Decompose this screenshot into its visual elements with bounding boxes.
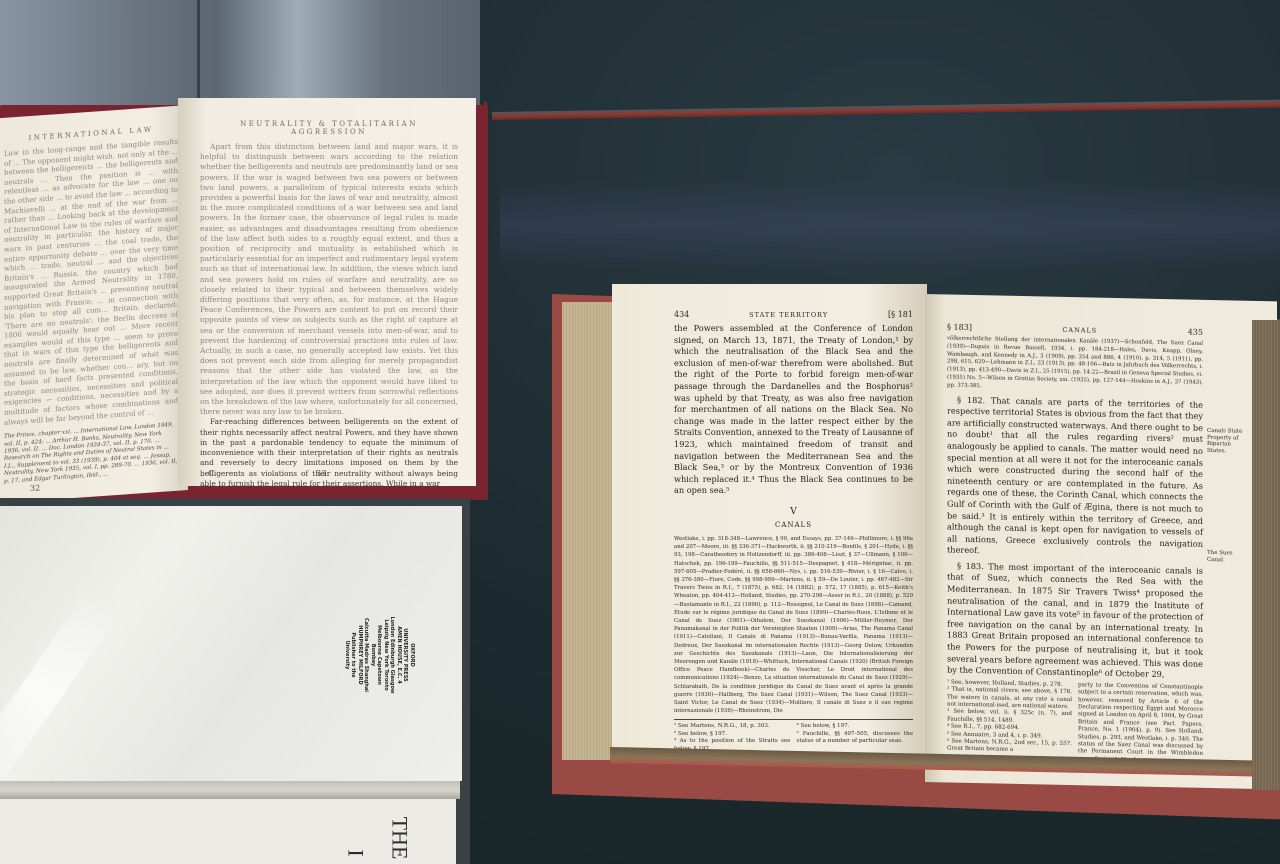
imprint-line: University [344, 615, 351, 695]
footnote: ² That is, national rivers; see above, §… [947, 687, 1072, 712]
page-edges [562, 302, 612, 760]
footnote: ⁶ See Martens, N.R.G., 2nd ser., 15, p. … [947, 739, 1072, 756]
footnote: ¹ See Martens, N.R.G., 18, p. 303. [674, 723, 791, 730]
margin-note: The Suez Canal. [1207, 550, 1247, 564]
imprint-line: Leipzig New York Toronto [383, 615, 390, 695]
imprint-line: OXFORD [409, 615, 416, 695]
footnote-rule [674, 719, 913, 720]
section-182: § 182. That canals are parts of the terr… [947, 394, 1203, 562]
book-gutter [0, 781, 460, 799]
page-434: 434 STATE TERRITORY [§ 181 the Powers as… [612, 284, 927, 759]
book-right: 434 STATE TERRITORY [§ 181 the Powers as… [552, 282, 1280, 802]
paragraph: Far-reaching differences between bellige… [200, 417, 458, 486]
footnote: ⁴ See below, § 197. [797, 723, 914, 730]
section-ref: [§ 181 [888, 310, 913, 319]
running-head: NEUTRALITY & TOTALITARIAN AGGRESSION [200, 120, 458, 136]
page-text: the Powers assembled at the Conference o… [674, 323, 913, 497]
book-top-left: INTERNATIONAL LAW Law in the long-range … [0, 95, 488, 500]
left-page: INTERNATIONAL LAW Law in the long-range … [0, 105, 188, 503]
margin-note: Canals State Property of Riparian States… [1207, 428, 1247, 455]
glass-seam [197, 0, 200, 110]
bibliography-continued: völkerrechtliche Stellung der internatio… [947, 335, 1203, 395]
page-header: 434 STATE TERRITORY [§ 181 [674, 310, 913, 319]
section-183: § 183. The most important of the interoc… [947, 560, 1203, 681]
glass-reflection [0, 0, 480, 110]
signature-mark: C [208, 469, 214, 478]
chapter-title: CANALS [674, 521, 913, 529]
imprint-line: UNIVERSITY PRESS [402, 615, 409, 695]
running-head: CANALS [1062, 326, 1097, 335]
footnotes: The Prince, chapter xxi. ... Internation… [4, 422, 178, 486]
title-fragment: I [343, 849, 369, 856]
glass-ghost-reflection [500, 180, 1280, 270]
publisher-imprint: OXFORD UNIVERSITY PRESS AMEN HOUSE, E.C.… [345, 615, 415, 695]
bibliography: Westlake, i. pp. 318-348—Lawrence, § 90,… [674, 535, 913, 715]
paragraph: Apart from this distinction between land… [200, 142, 458, 417]
section-ref: § 183] [947, 322, 972, 332]
footnote: party to the Convention of Constantinopl… [1078, 682, 1203, 766]
page-text: Law in the long-range and the tangible r… [4, 138, 178, 428]
right-page: NEUTRALITY & TOTALITARIAN AGGRESSION Apa… [178, 98, 476, 486]
chapter-number: V [674, 507, 913, 517]
footnote: ⁵ Fauchille, §§ 497-505, discusses the s… [797, 731, 914, 746]
imprint-line: HUMPHREY MILFORD [357, 615, 364, 695]
imprint-line: London Edinburgh Glasgow [389, 615, 396, 695]
running-head: STATE TERRITORY [749, 311, 828, 319]
title-fragment: THE [386, 817, 412, 860]
imprint-line: Melbourne Capetown Bombay [370, 615, 383, 695]
page-number: 32 [30, 483, 40, 493]
page-number: 434 [674, 310, 689, 319]
page-number: 33 [316, 469, 326, 478]
imprint-line: Calcutta Madras Shanghai [363, 615, 370, 695]
imprint-line: AMEN HOUSE, E.C. 4 [396, 615, 403, 695]
page-header: § 183] CANALS 435 [947, 322, 1203, 336]
footnotes: ¹ See, however, Holland, Studies, p. 278… [947, 679, 1203, 766]
page-side-edges [1252, 320, 1280, 790]
page-number: 435 [1188, 328, 1203, 337]
page-435: § 183] CANALS 435 völkerrechtliche Stell… [925, 294, 1277, 789]
